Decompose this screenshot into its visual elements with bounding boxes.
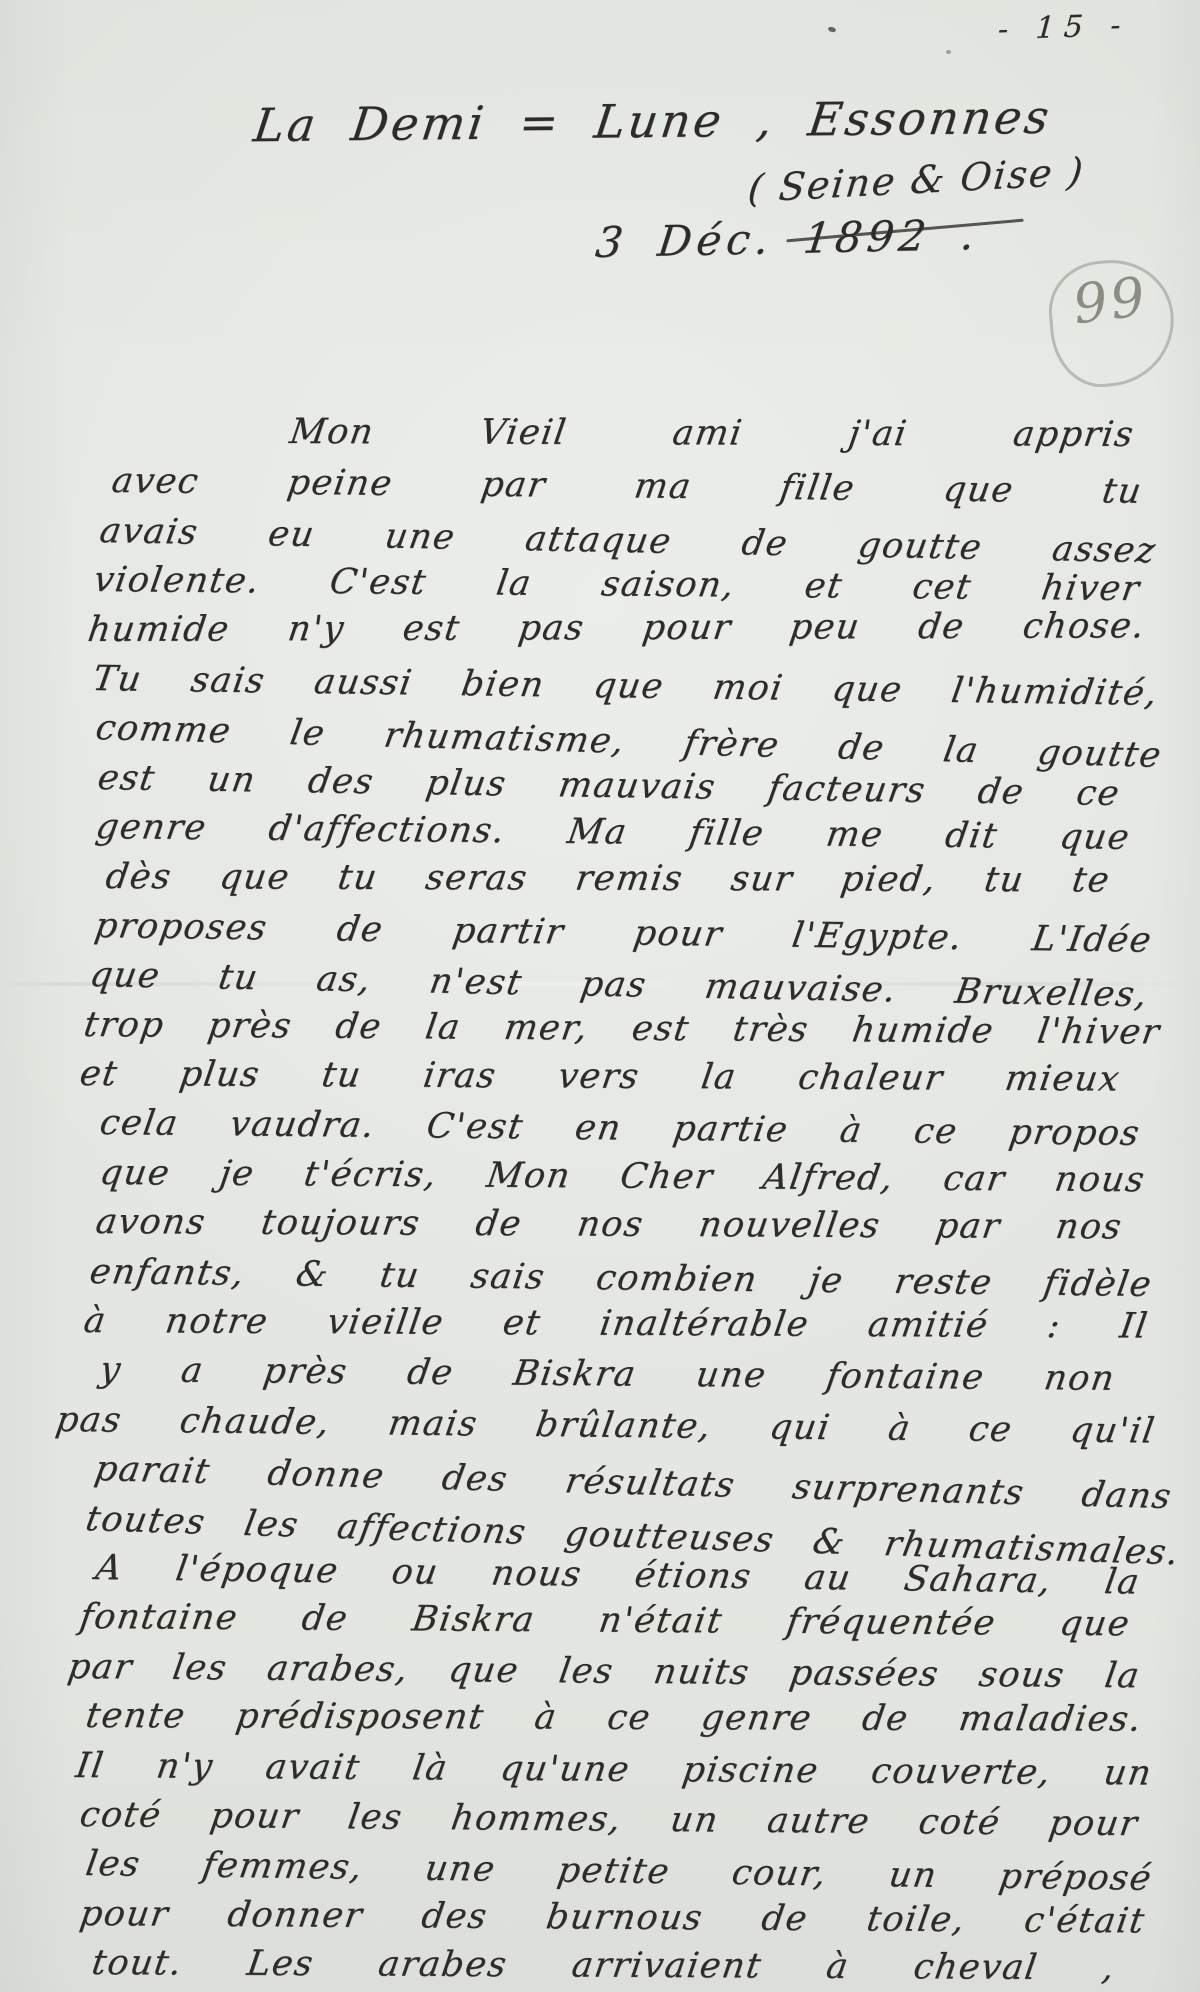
handwriting-line: Il n'y avait là qu'une piscine couverte,… (72, 1742, 1155, 1799)
letter-page: - 15 - La Demi = Lune , Essonnes ( Seine… (0, 0, 1200, 1992)
handwriting-line: tout. Les arabes arrivaient à cheval , (88, 1939, 1118, 1992)
handwriting-line: avec peine par ma fille que tu (108, 457, 1145, 517)
handwriting-line: avons toujours de nos nouvelles par nos (92, 1198, 1125, 1253)
handwriting-line: coté pour les hommes, un autre coté pour (76, 1791, 1141, 1850)
heading-place-line: La Demi = Lune , Essonnes (251, 90, 1055, 152)
handwriting-line: fontaine de Biskra n'était fréquentée qu… (76, 1593, 1133, 1650)
handwriting-line: et plus tu iras vers la chaleur mieux (76, 1050, 1123, 1105)
handwriting-line: trop près de la mer, est très humide l'h… (80, 1001, 1163, 1058)
handwriting-line: y a près de Biskra une fontaine non (96, 1346, 1118, 1404)
handwriting-line: à notre vieille et inaltérable amitié : … (80, 1297, 1151, 1352)
handwriting-line: pour donner des burnous de toile, c'étai… (76, 1890, 1148, 1947)
handwriting-line: tente prédisposent à ce genre de maladie… (82, 1692, 1145, 1745)
handwriting-line: dès que tu seras remis sur pied, tu te (102, 853, 1113, 906)
page-number: - 15 - (997, 8, 1131, 48)
heading-date-line: 3 Déc. 1892 . (593, 210, 982, 267)
handwriting-line: que je t'écris, Mon Cher Alfred, car nou… (96, 1149, 1148, 1206)
pencil-circle-stamp: 99 (1045, 255, 1180, 391)
stamp-number: 99 (1069, 265, 1151, 337)
ink-speck (946, 50, 951, 54)
handwriting-line: Mon Vieil ami j'ai appris (286, 408, 1137, 460)
handwriting-line: humide n'y est pas pour peu de chose. (85, 602, 1149, 655)
letter-body: Mon Vieil ami j'ai apprisavec peine par … (0, 408, 1200, 1989)
ink-speck (827, 26, 836, 33)
heading-department-line: ( Seine & Oise ) (746, 149, 1087, 211)
